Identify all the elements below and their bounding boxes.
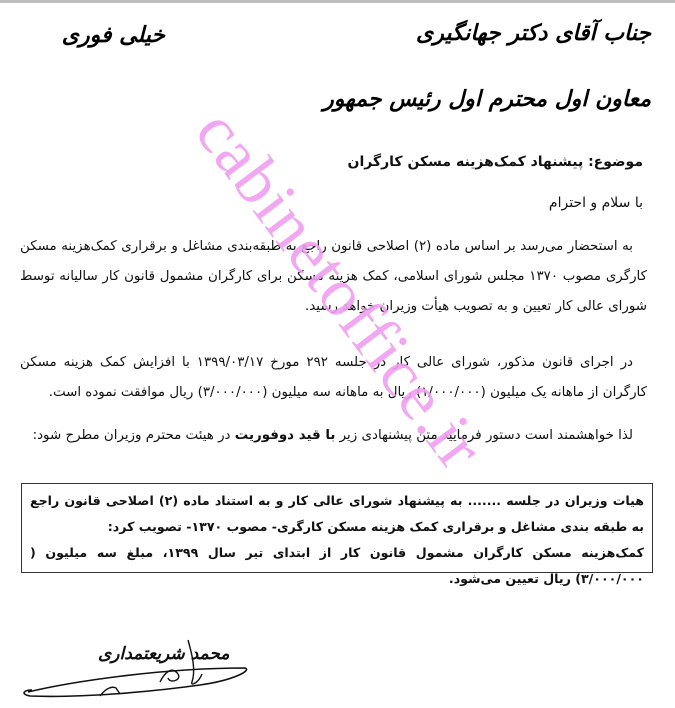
request-text-start: لذا خواهشمند است دستور فرمایید متن پیشنه…: [335, 428, 633, 443]
paragraph-council-decision: در اجرای قانون مذکور، شورای عالی کار در …: [20, 348, 647, 408]
greeting: با سلام و احترام: [549, 195, 643, 211]
resolution-preamble: هیات وزیران در جلسه ....... به پیشنهاد ش…: [30, 488, 644, 540]
letter-subject: موضوع: پیشنهاد کمک‌هزینه مسکن کارگران: [348, 154, 643, 170]
urgency-label: خیلی فوری: [62, 22, 165, 48]
signature-scribble-icon: [20, 630, 250, 705]
request-urgency-emphasis: با قید دوفوریت: [235, 428, 336, 443]
addressee-position: معاون اول محترم اول رئیس جمهور: [323, 86, 651, 112]
paragraph-legal-basis: به استحضار می‌رسد بر اساس ماده (۲) اصلاح…: [20, 232, 647, 322]
addressee-heading: جناب آقای دکتر جهانگیری: [416, 20, 651, 46]
request-text-end: در هیئت محترم وزیران مطرح شود:: [33, 428, 235, 443]
paragraph-request: لذا خواهشمند است دستور فرمایید متن پیشنه…: [20, 421, 647, 451]
proposed-resolution-box: هیات وزیران در جلسه ....... به پیشنهاد ش…: [21, 483, 653, 573]
resolution-text: کمک‌هزینه مسکن کارگران مشمول قانون کار ا…: [30, 540, 644, 592]
signatory-name: محمد شریعتمداری: [98, 644, 229, 664]
signature-block: محمد شریعتمداری: [20, 630, 240, 700]
top-border: [0, 0, 675, 3]
